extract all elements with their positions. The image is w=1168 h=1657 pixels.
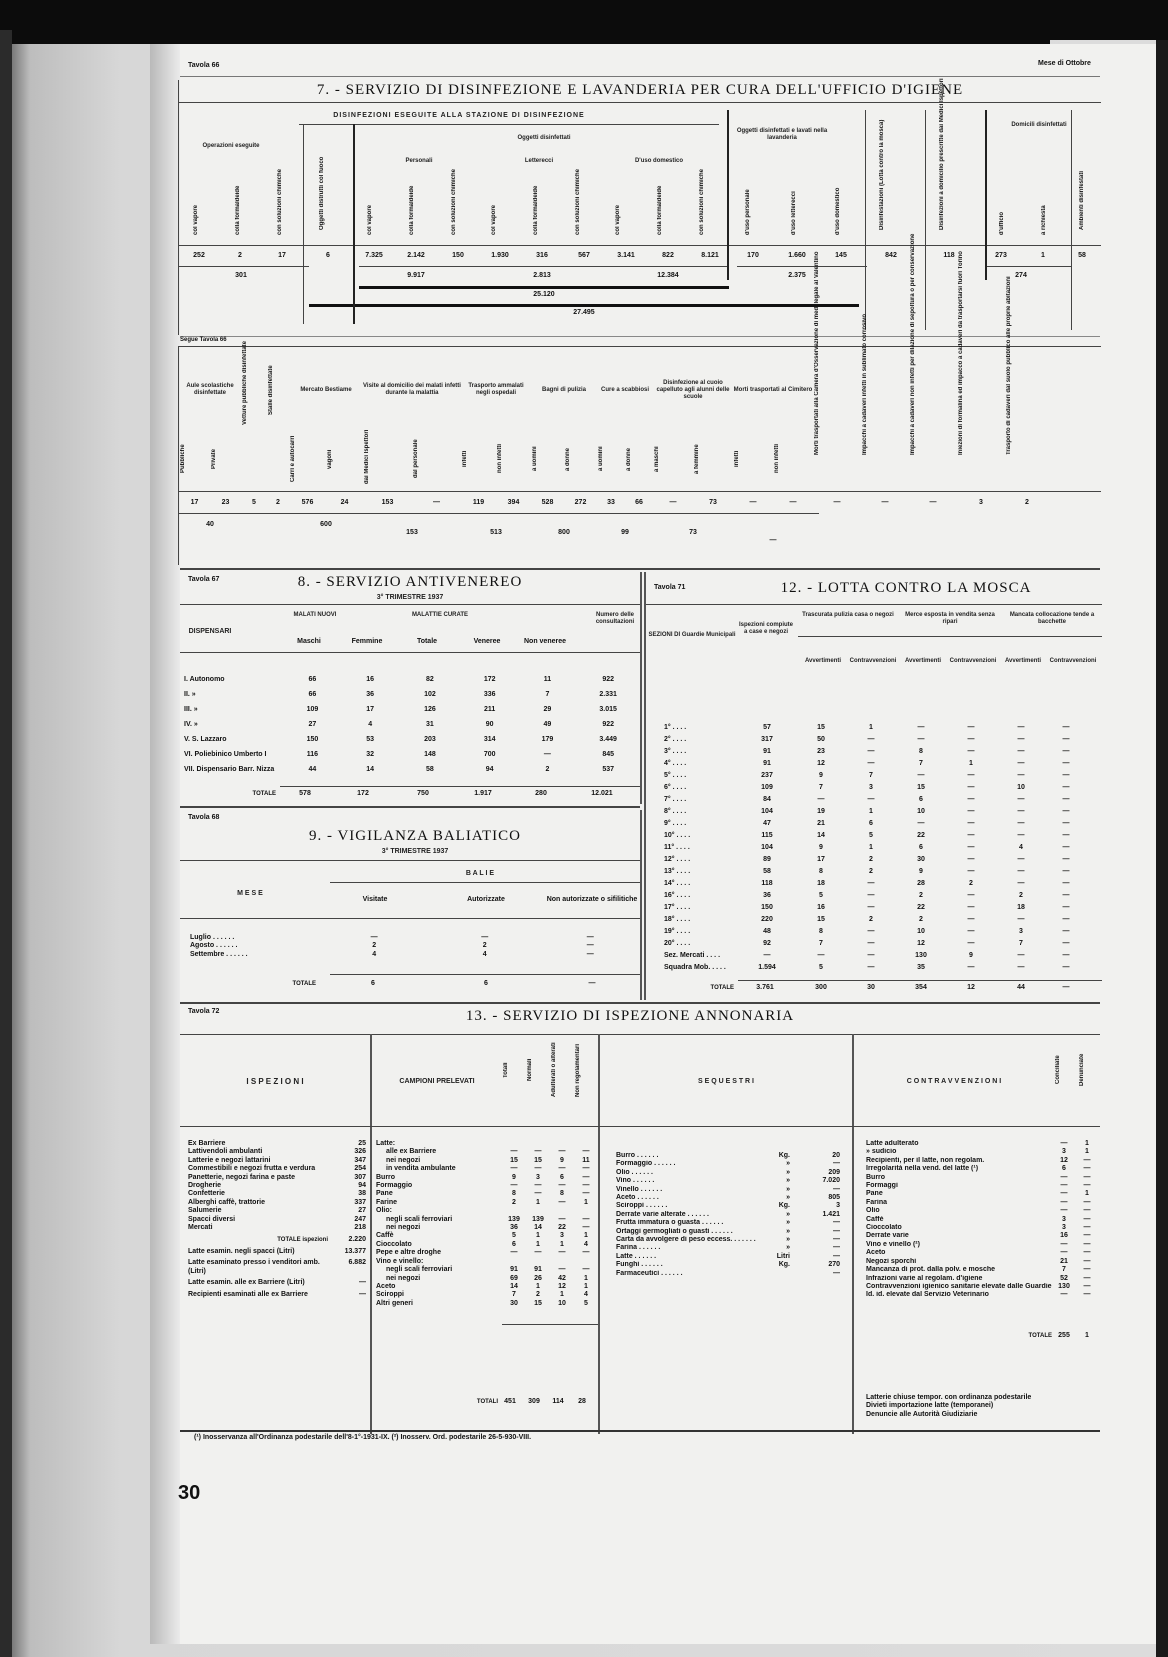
- list-item: Burro . . . . . .Kg.20: [616, 1152, 850, 1160]
- cell: —: [946, 856, 996, 868]
- list-item: Drogherie94: [188, 1182, 368, 1190]
- item-unit: »: [766, 1228, 790, 1236]
- item-value: —: [336, 1291, 366, 1299]
- cell: 1: [846, 808, 896, 820]
- cell: 5: [846, 832, 896, 844]
- col-mese: M E S E: [180, 890, 320, 897]
- subcol-lav-letterecci: d'uso letterecci: [791, 180, 797, 235]
- table-67-total-row: TOTALE 578 172 750 1.917 280 12.021: [180, 790, 634, 798]
- row-name: 3° . . . .: [646, 748, 738, 760]
- cell: 115: [738, 832, 796, 844]
- cell: 4: [429, 951, 541, 959]
- row-name: I. Autonomo: [180, 676, 284, 691]
- val-lav-letterecci: 1.660: [775, 252, 819, 260]
- item-name: Mercati: [188, 1224, 336, 1232]
- list-item: Negozi sporchi21—: [866, 1258, 1100, 1266]
- item-unit: Litri: [766, 1253, 790, 1261]
- table-67-rows: I. Autonomo66168217211922II. »6636102336…: [180, 676, 640, 781]
- list-item: Derrate varie16—: [866, 1232, 1100, 1240]
- list-item: Formaggi——: [866, 1182, 1100, 1190]
- book-spine-shadow: [150, 44, 180, 1644]
- item-name: alle ex Barriere: [376, 1148, 502, 1156]
- item-name: Drogherie: [188, 1182, 336, 1190]
- cell: —: [946, 916, 996, 928]
- cell: —: [996, 856, 1046, 868]
- item-name: Olio . . . . . .: [616, 1169, 766, 1177]
- cell: —: [1046, 928, 1086, 940]
- row-name: 10° . . . .: [646, 832, 738, 844]
- val-disinfezioni-domicilio: 118: [919, 252, 979, 260]
- cell: —: [1076, 1241, 1098, 1249]
- row-name: 14° . . . .: [646, 880, 738, 892]
- cell: 2: [946, 880, 996, 892]
- list-item: Latte esamin. alle ex Barriere (Litri)—: [188, 1279, 368, 1287]
- cell: —: [550, 1216, 574, 1224]
- table-68: Tavola 68 9. - VIGILANZA BALIATICO 3° TR…: [180, 810, 642, 1000]
- row-name: Settembre . . . . . .: [180, 951, 319, 959]
- item-value: 20: [790, 1152, 840, 1160]
- subcol-domestico-vapore: col vapore: [615, 180, 621, 235]
- val-pers-vapore: 7.325: [353, 252, 395, 260]
- list-item: Irregolarità nella vend. del latte (¹)6—: [866, 1165, 1100, 1173]
- cell: —: [1046, 892, 1086, 904]
- total-trasporto: 513: [461, 521, 531, 545]
- ispezioni-header: I S P E Z I O N I: [180, 1078, 370, 1085]
- list-item: nei negozi6926421: [376, 1275, 598, 1283]
- total-morti: —: [733, 521, 813, 545]
- cell: 118: [738, 880, 796, 892]
- contravvenzioni-columns: Conciliate Denunciate: [1054, 1040, 1100, 1120]
- table-row: 8° . . . .10419110———: [646, 808, 1102, 820]
- list-item: Alberghi caffè, trattorie337: [188, 1199, 368, 1207]
- contravvenzioni-notes: Latterie chiuse tempor. con ordinanza po…: [866, 1394, 1100, 1419]
- cell: —: [1046, 808, 1086, 820]
- cell: 6: [846, 820, 896, 832]
- col-sezioni: SEZIONI DI Guardie Municipali: [646, 632, 738, 639]
- total-femmine: 172: [334, 790, 392, 798]
- cell: 1: [526, 1232, 550, 1240]
- row-name: 8° . . . .: [646, 808, 738, 820]
- cell: 922: [576, 721, 640, 736]
- cell: 35: [896, 964, 946, 976]
- cell: 3: [526, 1174, 550, 1182]
- group-impacchi-infetti: Impacchi a cadaveri infetti in sublimato…: [861, 325, 909, 455]
- cell: 48: [738, 928, 796, 940]
- cell: —: [946, 820, 996, 832]
- col-normali: Normali: [526, 1040, 550, 1100]
- item-name: Vinello . . . . . .: [616, 1186, 766, 1194]
- cell: 9: [502, 1174, 526, 1182]
- item-name: Olio:: [376, 1207, 502, 1215]
- subcol-personali-vapore: col vapore: [367, 180, 373, 235]
- group-personali: Personali: [359, 158, 479, 165]
- cell: —: [996, 808, 1046, 820]
- sub-cure-uomini: a uomini: [597, 434, 625, 484]
- cell: —: [1046, 952, 1086, 964]
- table-row: Agosto . . . . . .22—: [180, 942, 640, 950]
- val-infetti: 119: [461, 499, 496, 507]
- row-name: II. »: [180, 691, 284, 706]
- cell: —: [1052, 1140, 1076, 1148]
- item-name: Vino e vinello:: [376, 1258, 502, 1266]
- cell: —: [574, 1174, 598, 1182]
- cell: —: [1052, 1190, 1076, 1198]
- item-name: Formaggio: [376, 1182, 502, 1190]
- subtotal-operazioni: 301: [179, 272, 303, 280]
- val-distrutti: 6: [303, 252, 353, 260]
- table-row: 16° . . . .365—2—2—: [646, 892, 1102, 904]
- col-numero-consultazioni: Numero delle consultazioni: [590, 612, 640, 626]
- total-visite: 153: [363, 521, 461, 545]
- cell: —: [1076, 1216, 1098, 1224]
- item-unit: »: [766, 1169, 790, 1177]
- table-row: III. »10917126211293.015: [180, 706, 640, 721]
- cell: 5: [574, 1300, 598, 1308]
- table-71-label: Tavola 71: [654, 584, 685, 591]
- cell: 22: [896, 904, 946, 916]
- cell: —: [946, 940, 996, 952]
- subcol-dom-ufficio: d'ufficio: [999, 180, 1005, 235]
- cell: 92: [738, 940, 796, 952]
- item-unit: »: [766, 1194, 790, 1202]
- cell: —: [1076, 1224, 1098, 1232]
- group-domicili: Domicili disinfettati: [999, 122, 1079, 129]
- cell: 27: [284, 721, 342, 736]
- cell: 21: [796, 820, 846, 832]
- cell: 14: [796, 832, 846, 844]
- sequestri-header: S E Q U E S T R I: [600, 1078, 852, 1085]
- cell: —: [946, 808, 996, 820]
- cell: 84: [738, 796, 796, 808]
- item-name: nei negozi: [376, 1157, 502, 1165]
- cell: —: [846, 904, 896, 916]
- item-value: 27: [336, 1207, 366, 1215]
- val-dom-chimiche: 8.121: [689, 252, 731, 260]
- item-name: Sciroppi: [376, 1291, 502, 1299]
- sub-medici: dai Medici Ispettori: [363, 434, 412, 484]
- total-oggetti: 25.120: [359, 291, 729, 299]
- list-item: Olio:: [376, 1207, 598, 1215]
- subcol-operazioni-formaldeide: colla formaldeide: [235, 180, 241, 235]
- cell: [574, 1258, 598, 1266]
- table-row: 3° . . . .9123—8———: [646, 748, 1102, 760]
- cell: 30: [502, 1300, 526, 1308]
- row-name: 1° . . . .: [646, 724, 738, 736]
- col-oggetti-distrutti: Oggetti distrutti col fuoco: [319, 160, 325, 230]
- cell: 1: [1076, 1148, 1098, 1156]
- cell: —: [1052, 1182, 1076, 1190]
- val-vetture: 5: [241, 499, 267, 507]
- cell: 6: [550, 1174, 574, 1182]
- cell: —: [796, 796, 846, 808]
- sub-pubbliche: Pubbliche: [179, 434, 210, 484]
- val-femmine: 73: [693, 499, 733, 507]
- cell: 1: [526, 1199, 550, 1207]
- item-value: 25: [336, 1140, 366, 1148]
- cell: [550, 1207, 574, 1215]
- cell: 94: [461, 766, 519, 781]
- cell: 8: [796, 868, 846, 880]
- cell: 11: [519, 676, 577, 691]
- val-lav-domestico: 145: [819, 252, 863, 260]
- cell: 3.015: [576, 706, 640, 721]
- cell: —: [574, 1216, 598, 1224]
- group-impacchi-non-infetti: Impacchi a cadaveri non infetti per dila…: [909, 325, 957, 455]
- list-item: Infrazioni varie al regolam. d'igiene52—: [866, 1275, 1100, 1283]
- val-lett-formaldeide: 316: [521, 252, 563, 260]
- total-label: TOTALE: [180, 980, 316, 988]
- list-item: Aceto . . . . . .»805: [616, 1194, 850, 1202]
- group-stalle: Stalle disinfettate: [267, 355, 289, 425]
- cell: 4: [574, 1291, 598, 1299]
- cell: 1: [846, 724, 896, 736]
- col-ambienti: Ambienti disinfestati: [1079, 120, 1085, 230]
- total-label: TOTALE ispezioni: [188, 1236, 328, 1244]
- cell: 1: [1076, 1190, 1098, 1198]
- sub-avvertimenti-2: Avvertimenti: [898, 658, 948, 665]
- cell: 172: [461, 676, 519, 691]
- item-name: Vino e vinello (²): [866, 1241, 1052, 1249]
- col-non-autorizzate: Non autorizzate o sifilitiche: [542, 896, 642, 904]
- cell: —: [519, 751, 577, 766]
- list-item: Mercati218: [188, 1224, 368, 1232]
- cell: 150: [284, 736, 342, 751]
- total-adulterati: 114: [546, 1398, 570, 1406]
- cell: 15: [896, 784, 946, 796]
- item-name: Caffè: [866, 1216, 1052, 1224]
- item-name: Mancanza di prot. dalla polv. e mosche: [866, 1266, 1052, 1274]
- total-label: TOTALE: [180, 790, 276, 798]
- cell: 3: [996, 928, 1046, 940]
- val-dom-richiesta: 1: [1023, 252, 1063, 260]
- table-row: 2° . . . .31750—————: [646, 736, 1102, 748]
- cell: 16: [1052, 1232, 1076, 1240]
- contravvenzioni-header: C O N T R A V V E N Z I O N I: [854, 1078, 1054, 1085]
- list-item: in vendita ambulante————: [376, 1165, 598, 1173]
- subtotal-domicili: 274: [979, 272, 1063, 280]
- cell: —: [1076, 1266, 1098, 1274]
- cell: —: [796, 952, 846, 964]
- list-item: Funghi . . . . . .Kg.270: [616, 1261, 850, 1269]
- cell: 104: [738, 844, 796, 856]
- list-item: Sciroppi . . . . . .Kg.3: [616, 1202, 850, 1210]
- cell: 52: [1052, 1275, 1076, 1283]
- list-item: Sciroppi7214: [376, 1291, 598, 1299]
- item-name: Aceto . . . . . .: [616, 1194, 766, 1202]
- cell: —: [1052, 1174, 1076, 1182]
- table-72-title: 13. - SERVIZIO DI ISPEZIONE ANNONARIA: [380, 1008, 880, 1025]
- val-dom-vapore: 3.141: [605, 252, 647, 260]
- cell: 14: [526, 1224, 550, 1232]
- col-totali: Totali: [502, 1040, 526, 1100]
- cell: —: [996, 724, 1046, 736]
- cell: 4: [319, 951, 429, 959]
- cell: —: [526, 1190, 550, 1198]
- table-71-total-row: TOTALE 3.761 300 30 354 12 44 —: [646, 984, 1086, 992]
- cell: 5: [796, 892, 846, 904]
- sub-non-infetti: non infetti: [496, 434, 531, 484]
- cell: 2: [519, 766, 577, 781]
- cell: 922: [576, 676, 640, 691]
- cell: —: [946, 772, 996, 784]
- note-item: Latterie chiuse tempor. con ordinanza po…: [866, 1394, 1100, 1402]
- val-impacchi-infetti: —: [861, 499, 909, 507]
- cell: —: [550, 1199, 574, 1207]
- cell: 36: [738, 892, 796, 904]
- val-lett-vapore: 1.930: [479, 252, 521, 260]
- cell: —: [946, 964, 996, 976]
- list-item: Carta da avvolgere di peso eccess. . . .…: [616, 1236, 850, 1244]
- table-66-title: 7. - SERVIZIO DI DISINFEZIONE E LAVANDER…: [179, 82, 1101, 99]
- cell: —: [1046, 832, 1086, 844]
- cell: 1: [1076, 1140, 1098, 1148]
- cell: 1: [574, 1275, 598, 1283]
- table-68-title: 9. - VIGILANZA BALIATICO: [240, 828, 590, 845]
- item-value: —: [790, 1219, 840, 1227]
- list-item: Latte esaminato presso i venditori amb. …: [188, 1259, 368, 1276]
- table-66b-subs: Pubbliche Private Carri e autocarri vago…: [179, 431, 813, 487]
- cell: 1: [846, 844, 896, 856]
- item-unit: »: [766, 1236, 790, 1244]
- cell: —: [1052, 1199, 1076, 1207]
- cell: —: [1046, 844, 1086, 856]
- cell: [502, 1207, 526, 1215]
- cell: —: [1046, 904, 1086, 916]
- cell: —: [1076, 1207, 1098, 1215]
- cell: 10: [896, 928, 946, 940]
- cell: [526, 1140, 550, 1148]
- cell: 9: [896, 868, 946, 880]
- subtotal-uso-domestico: 12.384: [605, 272, 731, 280]
- item-name: Aceto: [376, 1283, 502, 1291]
- cell: —: [1046, 748, 1086, 760]
- row-name: Agosto . . . . . .: [180, 942, 319, 950]
- item-value: 1.421: [790, 1211, 840, 1219]
- total-maschi: 578: [276, 790, 334, 798]
- item-name: Latte esamin. negli spacci (Litri): [188, 1248, 336, 1256]
- item-value: 326: [336, 1148, 366, 1156]
- cell: 36: [502, 1224, 526, 1232]
- cell: —: [996, 772, 1046, 784]
- list-item: Ex Barriere25: [188, 1140, 368, 1148]
- table-71-subcols: Avvertimenti Contravvenzioni Avvertiment…: [798, 658, 1098, 665]
- scan-right-edge: [1156, 40, 1168, 1657]
- total-contr-2: 12: [946, 984, 996, 992]
- item-name: Carta da avvolgere di peso eccess. . . .…: [616, 1236, 766, 1244]
- subcol-personali-chimiche: con soluzioni chimiche: [451, 180, 457, 235]
- total-totali: 451: [498, 1398, 522, 1406]
- list-item: negli scali ferroviari9191——: [376, 1266, 598, 1274]
- campioni-total-row: TOTALI 451 309 114 28: [376, 1398, 594, 1406]
- cell: 7: [796, 784, 846, 796]
- col-ispezioni: Ispezioni compiute a case e negozi: [738, 622, 794, 636]
- cell: —: [946, 736, 996, 748]
- cell: —: [896, 724, 946, 736]
- table-67: Tavola 67 8. - SERVIZIO ANTIVENEREO 3° T…: [180, 572, 642, 804]
- table-row: 18° . . . .2201522———: [646, 916, 1102, 928]
- group-malattie-curate: MALATTIE CURATE: [390, 612, 490, 619]
- cell: 16: [796, 904, 846, 916]
- cell: —: [996, 952, 1046, 964]
- list-item: Burro——: [866, 1174, 1100, 1182]
- total-avv-1: 300: [796, 984, 846, 992]
- cell: 58: [738, 868, 796, 880]
- item-name: Latte adulterato: [866, 1140, 1052, 1148]
- cell: 6: [896, 796, 946, 808]
- list-item: Recipienti esaminati alle ex Barriere—: [188, 1291, 368, 1299]
- table-71-title: 12. - LOTTA CONTRO LA MOSCA: [726, 580, 1086, 597]
- table-row: IV. »274319049922: [180, 721, 640, 736]
- total-denunciate: 1: [1076, 1332, 1098, 1340]
- cell: [574, 1207, 598, 1215]
- item-name: Formaggi: [866, 1182, 1052, 1190]
- table-67-columns: Maschi Femmine Totale Veneree Non venere…: [280, 638, 574, 646]
- list-item: Ortaggi germogliati o guasti . . . . . .…: [616, 1228, 850, 1236]
- cell: —: [1076, 1291, 1098, 1299]
- subtotal-lavanderia: 2.375: [731, 272, 863, 280]
- item-unit: »: [766, 1177, 790, 1185]
- cell: 14: [341, 766, 399, 781]
- cell: —: [1076, 1174, 1098, 1182]
- group-bagni: Bagni di pulizia: [531, 387, 597, 394]
- val-lett-chimiche: 567: [563, 252, 605, 260]
- cell: [526, 1207, 550, 1215]
- item-name: Farine: [376, 1199, 502, 1207]
- cell: —: [846, 748, 896, 760]
- cell: 49: [519, 721, 577, 736]
- group-merce-esposta: Merce esposta in vendita senza ripari: [900, 612, 1000, 626]
- group-letterecci: Letterecci: [479, 158, 599, 165]
- sub-morti-infetti: infetti: [733, 434, 773, 484]
- cell: —: [846, 880, 896, 892]
- item-name: Id. id. elevate dal Servizio Veterinario: [866, 1291, 1052, 1299]
- list-item: Farina . . . . . .»—: [616, 1244, 850, 1252]
- cell: —: [574, 1182, 598, 1190]
- list-item: Aceto——: [866, 1249, 1100, 1257]
- cell: 91: [738, 760, 796, 772]
- item-name: Infrazioni varie al regolam. d'igiene: [866, 1275, 1052, 1283]
- item-name: Derrate varie: [866, 1232, 1052, 1240]
- total-non-autorizzate: —: [542, 980, 642, 988]
- cell: 7: [796, 940, 846, 952]
- table-66b-totals: 40 600 153 513 800 99 73 —: [179, 521, 813, 545]
- item-name: Recipienti esaminati alle ex Barriere: [188, 1291, 336, 1299]
- list-item: Olio——: [866, 1207, 1100, 1215]
- cell: 4: [996, 844, 1046, 856]
- item-name: Frutta immatura o guasta . . . . . .: [616, 1219, 766, 1227]
- val-iniezioni: 3: [957, 499, 1005, 507]
- list-item: Vino e vinello:: [376, 1258, 598, 1266]
- total-normali: 309: [522, 1398, 546, 1406]
- cell: 21: [1052, 1258, 1076, 1266]
- cell: 10: [996, 784, 1046, 796]
- col-disinfezioni-domicilio: Disinfezioni a domicilio prescritte dai …: [939, 120, 945, 230]
- item-value: 209: [790, 1169, 840, 1177]
- cell: 1: [574, 1199, 598, 1207]
- sub-infetti: infetti: [461, 434, 496, 484]
- table-67-subtitle: 3° TRIMESTRE 1937: [180, 594, 640, 601]
- cell: 4: [574, 1241, 598, 1249]
- table-row: 1° . . . .57151————: [646, 724, 1102, 736]
- row-name: V. S. Lazzaro: [180, 736, 284, 751]
- val-private: 23: [210, 499, 241, 507]
- cell: 8: [796, 928, 846, 940]
- list-item: Spacci diversi247: [188, 1216, 368, 1224]
- table-row: 17° . . . .15016—22—18—: [646, 904, 1102, 916]
- item-value: 254: [336, 1165, 366, 1173]
- cell: 69: [502, 1275, 526, 1283]
- grand-total: 27.495: [309, 309, 859, 317]
